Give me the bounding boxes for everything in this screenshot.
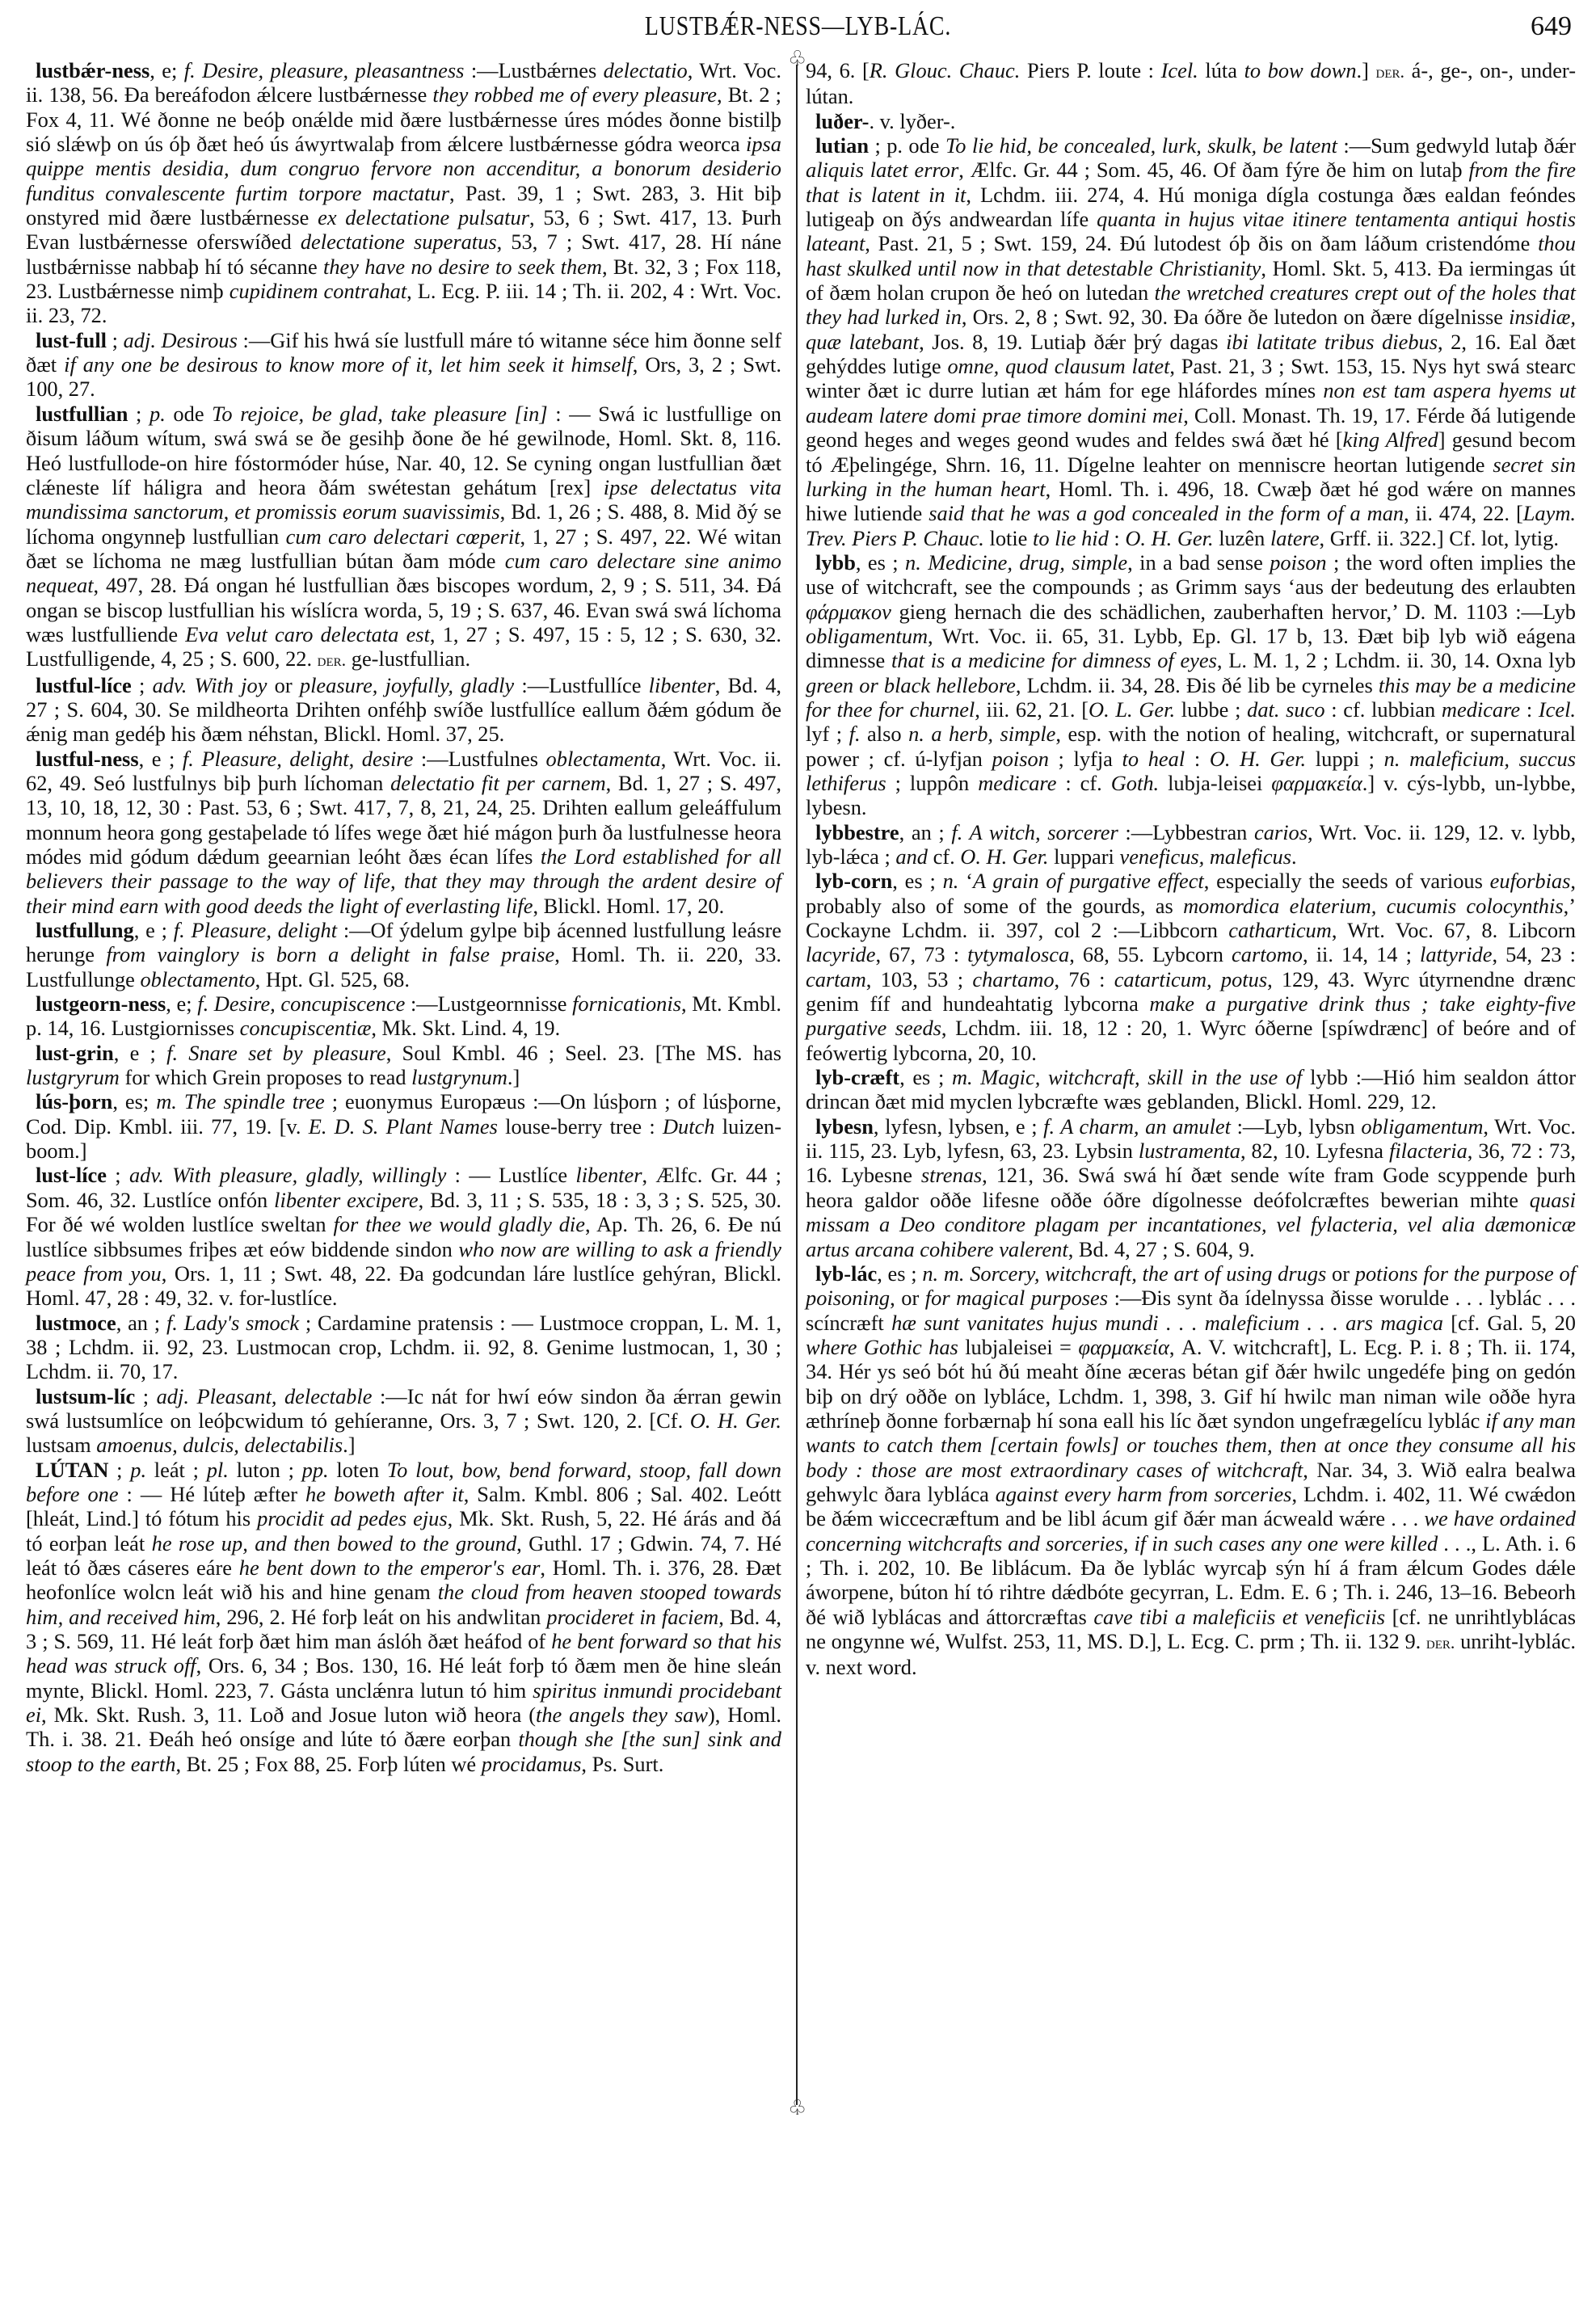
dictionary-entry: lustbǽr-ness, e; f. Desire, pleasure, pl… (26, 58, 781, 328)
entry-text: lyf ; (806, 722, 849, 746)
entry-text: , 54, 23 : (1492, 942, 1576, 966)
italic-gloss: that is a medicine for dimness of eyes (891, 648, 1217, 672)
entry-text: , ii. 474, 22. [ (1404, 501, 1523, 525)
italic-gloss: oblectamento (140, 967, 255, 991)
dictionary-entry: 94, 6. [R. Glouc. Chauc. Piers P. loute … (806, 58, 1576, 109)
italic-gloss: he bent down to the emperor's ear (239, 1555, 541, 1580)
italic-gloss: Eva velut caro delectata est (185, 622, 430, 646)
italic-gloss: catharticum (1228, 918, 1332, 942)
italic-gloss: oblectamenta (546, 747, 661, 771)
italic-gloss: m. The spindle tree (156, 1089, 325, 1113)
entry-headword: lust-líce (36, 1163, 107, 1187)
italic-gloss: hæ sunt vanitates hujus mundi . . . male… (891, 1311, 1443, 1335)
entry-text: loten (329, 1458, 387, 1482)
entry-text: , 103, 53 ; (866, 967, 973, 991)
entry-text: lotie (984, 526, 1033, 550)
dictionary-entry: lustful-líce ; adv. With joy or pleasure… (26, 673, 781, 747)
italic-gloss: n. (943, 869, 959, 893)
italic-gloss: f. A charm, an amulet (1043, 1114, 1231, 1139)
italic-gloss: φάρμακον (806, 600, 891, 624)
entry-text: :—Lustgeornnisse (405, 991, 572, 1016)
entry-text: , Soul Kmbl. 46 ; Seel. 23. [The MS. has (386, 1041, 781, 1065)
italic-gloss: latere (1270, 526, 1320, 550)
italic-gloss: obligamentum (806, 624, 928, 648)
entry-text: : — Lustlíce (446, 1163, 575, 1187)
italic-gloss: f. Lady's smock (166, 1311, 299, 1335)
entry-text: :—Lybbestran (1118, 820, 1254, 844)
entry-text: lustsam (26, 1433, 96, 1457)
entry-text: , e ; (114, 1041, 166, 1065)
entry-headword: lustfullung (36, 918, 134, 942)
italic-gloss: f. A witch, sorcerer (951, 820, 1118, 844)
italic-gloss: euforbias (1490, 869, 1571, 893)
entry-text: ; (135, 1384, 156, 1408)
entry-text: for which Grein proposes to read (120, 1065, 411, 1089)
entry-text: , an ; (116, 1311, 166, 1335)
entry-text: : (1109, 526, 1126, 550)
entry-text: : (1185, 747, 1210, 771)
entry-headword: lyb-cræft (815, 1065, 899, 1089)
entry-text: , es ; (892, 869, 942, 893)
left-column: lustbǽr-ness, e; f. Desire, pleasure, pl… (26, 58, 781, 1776)
entry-text: , Wrt. Voc. 67, 8. Libcorn (1332, 918, 1576, 942)
italic-gloss: omne, quod clausum latet (947, 354, 1169, 378)
entry-text: louse-berry tree : (498, 1114, 663, 1139)
entry-text: , Mk. Skt. Rush. 3, 11. Loð and Josue lu… (41, 1703, 536, 1727)
entry-text: , Grff. ii. 322.] Cf. lot, lytig. (1320, 526, 1559, 550)
entry-headword: lustbǽr-ness (36, 58, 149, 82)
entry-text: : — Hé lúteþ æfter (119, 1482, 306, 1506)
italic-gloss: delectatio fit per carnem (390, 771, 606, 795)
entry-text: ; luppôn (886, 771, 979, 795)
entry-text: , or (890, 1286, 925, 1310)
entry-text: : cf. lubbian (1325, 697, 1442, 722)
entry-text: .] (343, 1433, 355, 1457)
italic-gloss: procidit ad pedes ejus (257, 1506, 448, 1530)
dictionary-entry: lust-grin, e ; f. Snare set by pleasure,… (26, 1041, 781, 1090)
italic-gloss: O. H. Ger. (690, 1408, 781, 1433)
entry-text: luppi ; (1306, 747, 1384, 771)
entry-text: , 67, 73 : (875, 942, 967, 966)
entry-headword: lutian (815, 133, 869, 158)
italic-gloss: Icel. (1539, 697, 1576, 722)
italic-gloss: O. H. Ger. (1125, 526, 1213, 550)
entry-text: , in a bad sense (1127, 550, 1270, 575)
entry-text: lubja-leisei (1159, 771, 1271, 795)
entry-text: , e ; (139, 747, 183, 771)
italic-gloss: chartamo (972, 967, 1054, 991)
italic-gloss: adj. Pleasant, delectable (157, 1384, 373, 1408)
italic-gloss: filacteria (1389, 1139, 1468, 1163)
italic-gloss: pl. (207, 1458, 229, 1482)
entry-text: lubjaleisei = (958, 1335, 1079, 1359)
italic-gloss: and (895, 844, 928, 869)
page-header: LUSTBǼR-NESS—LYB-LÁC. 649 (0, 8, 1596, 48)
italic-gloss: To rejoice, be glad, take pleasure [in] (212, 402, 547, 426)
entry-text: , Hpt. Gl. 525, 68. (255, 967, 410, 991)
entry-text: , an ; (899, 820, 952, 844)
entry-text: ge-lustfullian. (346, 646, 470, 671)
italic-gloss: f. Pleasure, delight (174, 918, 337, 942)
entry-text: ; p. ode (869, 133, 945, 158)
italic-gloss: to bow down (1244, 58, 1357, 82)
entry-text: , es ; (899, 1065, 952, 1089)
italic-gloss: ex delectatione pulsatur (318, 205, 529, 229)
entry-headword: lyb-corn (815, 869, 892, 893)
italic-gloss: for thee we would gladly die (334, 1212, 585, 1236)
italic-gloss: n. Medicine, drug, simple (905, 550, 1127, 575)
italic-gloss: veneficus, maleficus (1119, 844, 1291, 869)
italic-gloss: king Alfred (1343, 427, 1438, 452)
italic-gloss: poison (1270, 550, 1326, 575)
italic-gloss: medicare (1442, 697, 1520, 722)
dictionary-entry: lyb-cræft, es ; m. Magic, witchcraft, sk… (806, 1065, 1576, 1114)
entry-text: , lyfesn, lybsen, e ; (874, 1114, 1043, 1139)
entry-text: , es ; (877, 1261, 922, 1286)
dictionary-entry: lyb-corn, es ; n. ‘A grain of purgative … (806, 869, 1576, 1065)
dictionary-entry: lustful-ness, e ; f. Pleasure, delight, … (26, 747, 781, 918)
right-column: 94, 6. [R. Glouc. Chauc. Piers P. loute … (806, 58, 1576, 1680)
column-divider (796, 65, 798, 2105)
entry-text: ; lyfja (1049, 747, 1122, 771)
entry-text: . (1291, 844, 1297, 869)
italic-gloss: green or black hellebore (806, 673, 1016, 697)
italic-gloss: delectatio (604, 58, 688, 82)
entry-text: :—Lustfulnes (413, 747, 545, 771)
entry-text: gieng hernach die des schädlichen, zaube… (891, 600, 1576, 624)
italic-gloss: amoenus, dulcis, delectabilis (96, 1433, 343, 1457)
italic-gloss: cave tibi a maleficiis et veneficiis (1093, 1605, 1385, 1629)
italic-gloss: m. Magic, witchcraft, skill in the use o… (952, 1065, 1302, 1089)
italic-gloss: catarticum, potus (1114, 967, 1267, 991)
italic-gloss: lustgryrum (26, 1065, 120, 1089)
italic-gloss: medicare (978, 771, 1056, 795)
entry-text: , Ps. Surt. (581, 1752, 663, 1776)
dictionary-entry: lustfullian ; p. ode To rejoice, be glad… (26, 402, 781, 673)
dictionary-entry: luðer-. v. lyðer-. (806, 109, 1576, 133)
entry-text: , Bt. 25 ; Fox 88, 25. Forþ lúten wé (175, 1752, 481, 1776)
italic-gloss: he rose up, and then bowed to the ground (152, 1531, 517, 1555)
dictionary-entry: lust-líce ; adv. With pleasure, gladly, … (26, 1163, 781, 1310)
italic-gloss: E. D. S. Plant Names (309, 1114, 498, 1139)
entry-text: , Mk. Skt. Lind. 4, 19. (371, 1016, 560, 1040)
entry-text: leát ; (146, 1458, 207, 1482)
entry-text: , es; (112, 1089, 156, 1113)
running-head: LUSTBǼR-NESS—LYB-LÁC. (144, 11, 1453, 42)
entry-text: ; (107, 328, 124, 352)
entry-text: ode (166, 402, 212, 426)
italic-gloss: dat. suco (1247, 697, 1324, 722)
entry-text: , Blickl. Homl. 17, 20. (533, 894, 724, 918)
italic-gloss: cartam (806, 967, 866, 991)
entry-text: , Lchdm. ii. 34, 28. Ðis ðé lib be cyrne… (1016, 673, 1379, 697)
italic-gloss: φαρμακεία (1078, 1335, 1169, 1359)
italic-gloss: O. H. Ger. (960, 844, 1048, 869)
entry-text: , es ; (856, 550, 905, 575)
italic-gloss: cartomo (1232, 942, 1303, 966)
entry-text: , Bd. 4, 27 ; S. 604, 9. (1068, 1237, 1255, 1261)
italic-gloss: poison (992, 747, 1049, 771)
entry-text: ; (132, 673, 153, 697)
page-number: 649 (1531, 11, 1572, 42)
entry-text: .] (1357, 58, 1376, 82)
italic-gloss: n. m. Sorcery, witchcraft, the art of us… (922, 1261, 1326, 1286)
entry-text: , Past. 21, 5 ; Swt. 159, 24. Ðú lutodes… (865, 231, 1538, 255)
entry-text: : (1520, 697, 1539, 722)
entry-text: :—Lustfullíce (514, 673, 649, 697)
entry-text: ; (128, 402, 149, 426)
italic-gloss: pp. (302, 1458, 329, 1482)
italic-gloss: fornicationis (572, 991, 681, 1016)
dictionary-entry: lutian ; p. ode To lie hid, be concealed… (806, 133, 1576, 550)
italic-gloss: lustramenta (1139, 1139, 1240, 1163)
entry-headword: lybbestre (815, 820, 899, 844)
italic-gloss: O. H. Ger. (1210, 747, 1306, 771)
italic-gloss: momordica elaterium, cucumis colocynthis (1183, 894, 1564, 918)
italic-gloss: to lie hid (1033, 526, 1109, 550)
entry-headword: lustful-líce (36, 673, 132, 697)
italic-gloss: against every harm from sorceries (996, 1482, 1292, 1506)
entry-text: [cf. Gal. 5, 20 (1443, 1311, 1576, 1335)
italic-gloss: the angels they saw (536, 1703, 708, 1727)
dictionary-entry: lybesn, lyfesn, lybsen, e ; f. A charm, … (806, 1114, 1576, 1261)
entry-text: , e; (149, 58, 184, 82)
dictionary-entry: lustmoce, an ; f. Lady's smock ; Cardami… (26, 1311, 781, 1384)
entry-headword: lustgeorn-ness (36, 991, 166, 1016)
entry-text: :—Lyb, lybsn (1231, 1114, 1361, 1139)
entry-text: , ii. 14, 14 ; (1303, 942, 1420, 966)
entry-text: 94, 6. [ (806, 58, 870, 82)
italic-gloss: pleasure, joyfully, gladly (300, 673, 514, 697)
entry-text: lúta (1198, 58, 1244, 82)
italic-gloss: lustgrynum (411, 1065, 507, 1089)
italic-gloss: p. (149, 402, 166, 426)
italic-gloss: f. Pleasure, delight, desire (183, 747, 413, 771)
dictionary-entry: lustfullung, e ; f. Pleasure, delight :—… (26, 918, 781, 991)
italic-gloss: delectatione superatus (301, 229, 497, 254)
entry-text: ; (108, 1458, 130, 1482)
entry-text: , Jos. 8, 19. Lutiaþ ðǽr þrý dagas (919, 330, 1226, 354)
dictionary-entry: lustsum-líc ; adj. Pleasant, delectable … (26, 1384, 781, 1458)
entry-text: , Ælfc. Gr. 44 ; Som. 45, 46. Of ðam fýr… (958, 158, 1468, 182)
entry-text: cf. (928, 844, 960, 869)
italic-gloss: cum caro delectari cœperit (286, 524, 520, 549)
entry-text: . v. lyðer-. (869, 109, 955, 133)
entry-text: or (1326, 1261, 1354, 1286)
column-ornament-bottom-icon: ♧ (788, 2098, 806, 2119)
italic-gloss: where Gothic has (806, 1335, 958, 1359)
entry-headword: lybb (815, 550, 856, 575)
italic-gloss: Icel. (1161, 58, 1198, 82)
italic-gloss: f. (849, 722, 861, 746)
entry-headword: lustful-ness (36, 747, 139, 771)
entry-text: ‘ (958, 869, 973, 893)
italic-gloss: for magical purposes (925, 1286, 1108, 1310)
italic-gloss: obligamentum (1361, 1114, 1483, 1139)
entry-text: , 68, 55. Lybcorn (1069, 942, 1232, 966)
dictionary-entry: lust-full ; adj. Desirous :—Gif his hwá … (26, 328, 781, 402)
entry-text: :—Lustbǽrnes (464, 58, 603, 82)
entry-text: or (267, 673, 299, 697)
entry-text: , 82, 10. Lyfesna (1240, 1139, 1389, 1163)
italic-gloss: to heal (1122, 747, 1185, 771)
entry-text: .] (507, 1065, 520, 1089)
dictionary-entry: LÚTAN ; p. leát ; pl. luton ; pp. loten … (26, 1458, 781, 1776)
entry-headword: lust-grin (36, 1041, 114, 1065)
entry-text: , Ors. 2, 8 ; Swt. 92, 30. Ða óðre ðe lu… (962, 305, 1509, 329)
italic-gloss: adv. With joy (153, 673, 267, 697)
entry-headword: lustmoce (36, 1311, 116, 1335)
italic-gloss: adj. Desirous (124, 328, 238, 352)
entry-text: luppari (1049, 844, 1120, 869)
italic-gloss: libenter (649, 673, 715, 697)
italic-gloss: libenter excipere (274, 1188, 418, 1212)
italic-gloss: f. Desire, pleasure, pleasantness (184, 58, 465, 82)
entry-text: , 296, 2. Hé forþ leát on his andwlitan (216, 1605, 547, 1629)
italic-gloss: ibi latitate tribus diebus (1226, 330, 1438, 354)
entry-headword: LÚTAN (36, 1458, 108, 1482)
entry-text: , iii. 62, 21. [ (975, 697, 1089, 722)
entry-text: , e; (166, 991, 197, 1016)
italic-gloss: f. Desire, concupiscence (197, 991, 405, 1016)
entry-text: , L. M. 1, 2 ; Lchdm. ii. 30, 14. Oxna l… (1217, 648, 1576, 672)
italic-gloss: To lie hid, be concealed, lurk, skulk, b… (945, 133, 1337, 158)
entry-text: , especially the seeds of various (1204, 869, 1490, 893)
italic-gloss: he boweth after it (305, 1482, 464, 1506)
entry-headword: luðer- (815, 109, 869, 133)
italic-gloss: lattyride (1420, 942, 1492, 966)
dictionary-entry: lybb, es ; n. Medicine, drug, simple, in… (806, 550, 1576, 820)
italic-gloss: libenter (575, 1163, 642, 1187)
italic-gloss: Dutch (663, 1114, 715, 1139)
italic-gloss: aliquis latet error (806, 158, 958, 182)
entry-text: Piers P. loute : (1020, 58, 1160, 82)
derivation-label: der. (318, 650, 347, 670)
dictionary-entry: lús-þorn, es; m. The spindle tree ; euon… (26, 1089, 781, 1163)
entry-text: luzên (1214, 526, 1270, 550)
entry-headword: lyb-lác (815, 1261, 877, 1286)
entry-text: ; (107, 1163, 129, 1187)
entry-text: also (861, 722, 909, 746)
italic-gloss: A grain of purgative effect (973, 869, 1204, 893)
entry-text: lubbe ; (1175, 697, 1247, 722)
entry-headword: lust-full (36, 328, 107, 352)
dictionary-entry: lyb-lác, es ; n. m. Sorcery, witchcraft,… (806, 1261, 1576, 1680)
italic-gloss: they robbed me of every pleasure (432, 82, 717, 107)
italic-gloss: adv. With pleasure, gladly, willingly (129, 1163, 446, 1187)
italic-gloss: f. Snare set by pleasure (166, 1041, 386, 1065)
italic-gloss: if any one be desirous to know more of i… (64, 352, 633, 377)
entry-headword: lybesn (815, 1114, 874, 1139)
italic-gloss: strenas (921, 1163, 982, 1187)
italic-gloss: said that he was a god concealed in the … (929, 501, 1404, 525)
italic-gloss: cupidinem contrahat (230, 279, 406, 303)
entry-headword: lús-þorn (36, 1089, 112, 1113)
dictionary-entry: lustgeorn-ness, e; f. Desire, concupisce… (26, 991, 781, 1041)
entry-text: luton ; (229, 1458, 302, 1482)
italic-gloss: procideret in faciem (546, 1605, 718, 1629)
entry-headword: lustsum-líc (36, 1384, 135, 1408)
entry-text: :—Sum gedwyld lutaþ ðǽr (1337, 133, 1576, 158)
italic-gloss: tytymalosca (967, 942, 1069, 966)
italic-gloss: O. L. Ger. (1089, 697, 1175, 722)
derivation-label: der. (1376, 61, 1405, 82)
italic-gloss: φαρμακεία (1271, 771, 1362, 795)
italic-gloss: concupiscentiæ (240, 1016, 372, 1040)
entry-text: , e ; (134, 918, 174, 942)
derivation-label: der. (1426, 1632, 1455, 1652)
italic-gloss: procidamus (482, 1752, 582, 1776)
italic-gloss: R. Glouc. Chauc. (870, 58, 1021, 82)
italic-gloss: lacyride (806, 942, 875, 966)
entry-text: : cf. (1056, 771, 1110, 795)
entry-headword: lustfullian (36, 402, 128, 426)
italic-gloss: Goth. (1111, 771, 1159, 795)
italic-gloss: p. (130, 1458, 146, 1482)
italic-gloss: carios (1254, 820, 1308, 844)
italic-gloss: they have no desire to seek them (323, 255, 602, 279)
italic-gloss: from vainglory is born a delight in fals… (106, 942, 554, 966)
dictionary-entry: lybbestre, an ; f. A witch, sorcerer :—L… (806, 820, 1576, 869)
italic-gloss: n. a herb, simple (908, 722, 1055, 746)
entry-text: , 76 : (1055, 967, 1114, 991)
